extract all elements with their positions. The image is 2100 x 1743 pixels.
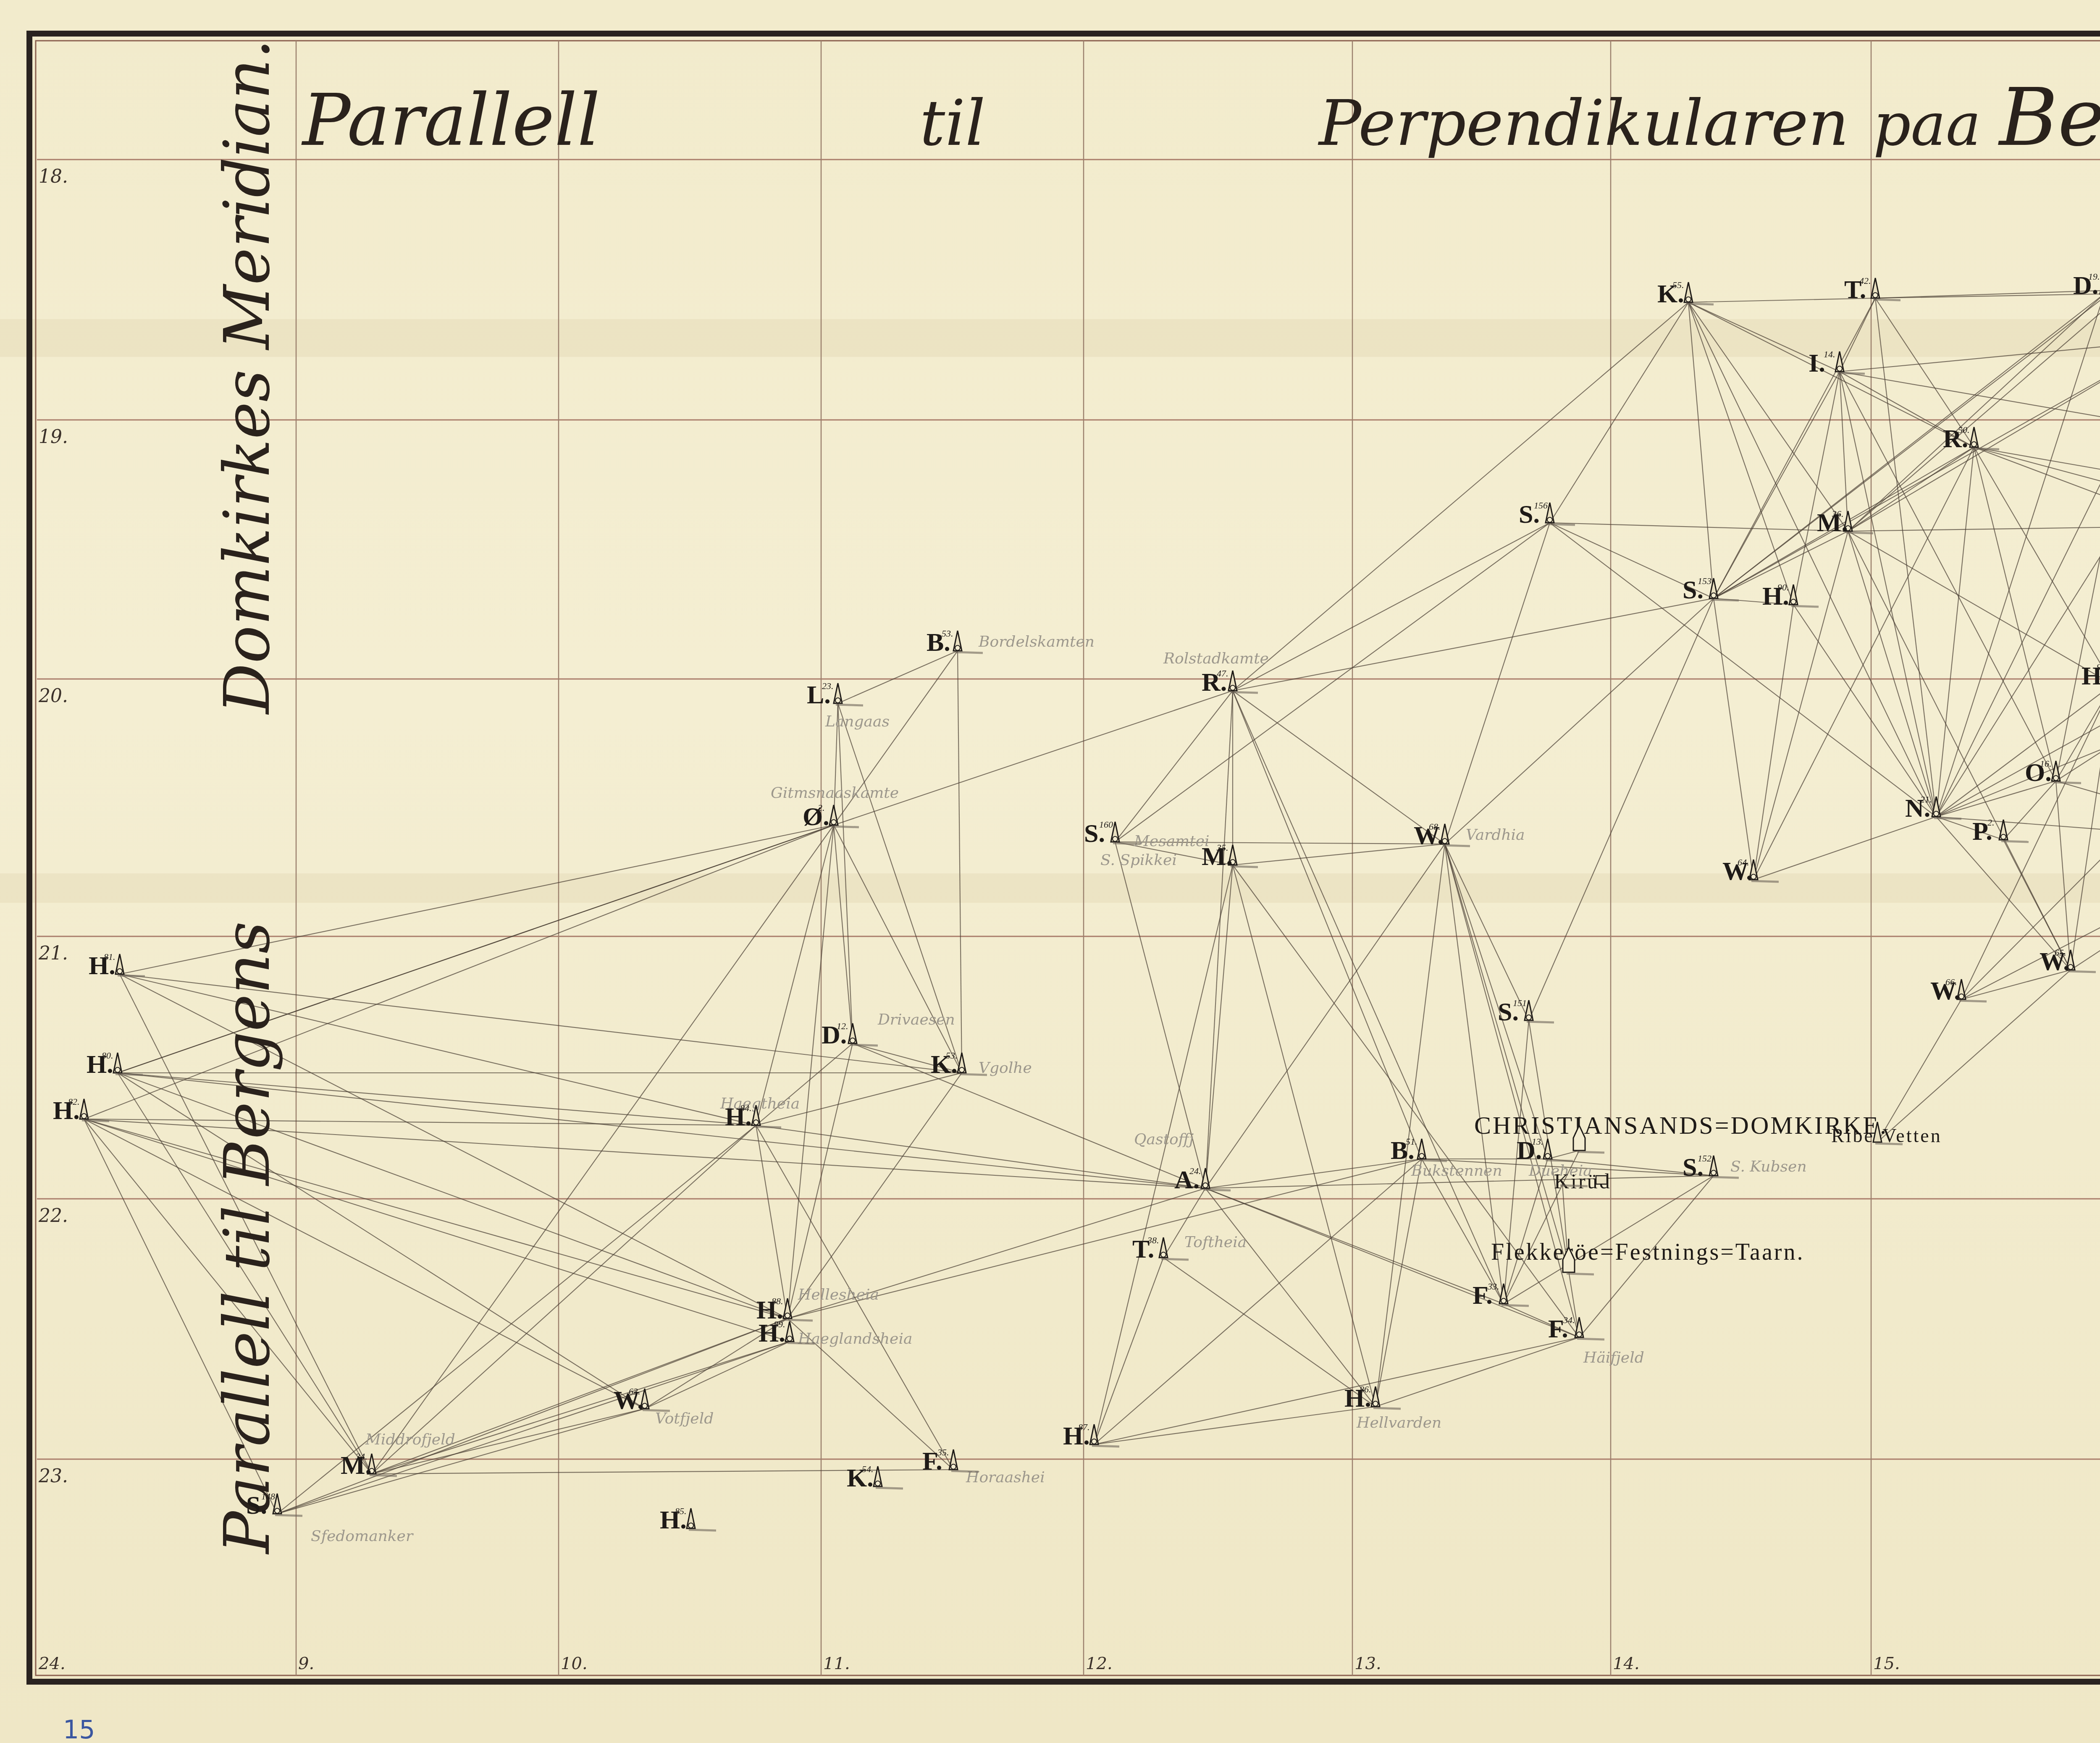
sight-line <box>1445 844 1569 1272</box>
shadow-stroke <box>82 1120 109 1121</box>
pencil-place-name: Hellesheia <box>798 1286 879 1303</box>
pencil-place-name: Sfedomanker <box>311 1528 414 1545</box>
shadow-stroke <box>2001 841 2029 842</box>
station-point-icon <box>1161 1252 1166 1257</box>
triangulation-map: 18.19.20.21.22.23.9.10.11.12.13.14.15.16… <box>0 0 2100 1743</box>
station-T38[interactable]: T.38. <box>1132 1235 1189 1263</box>
sight-line <box>756 825 834 1125</box>
side-title-word: Parallell til Bergens <box>211 921 284 1555</box>
pencil-place-name: Bordelskamten <box>978 633 1095 650</box>
sight-line <box>1233 523 1550 691</box>
shadow-stroke <box>1875 1143 1903 1144</box>
sight-line <box>84 1119 790 1342</box>
sight-line <box>1233 302 1688 691</box>
station-point-icon <box>1092 1439 1097 1444</box>
station-point-icon <box>1577 1332 1582 1337</box>
paper-fold-middle <box>0 873 2100 903</box>
station-number: 81. <box>104 951 115 962</box>
station-B51[interactable]: B.51. <box>1391 1136 1447 1165</box>
sight-line <box>1974 447 2100 684</box>
grid-row-label: 19. <box>39 426 68 448</box>
shadow-stroke <box>876 1488 903 1489</box>
station-point-icon <box>850 1038 855 1043</box>
pencil-place-name: Gitmsnaaskamte <box>771 784 899 802</box>
sight-line <box>1529 598 1714 1020</box>
shadow-stroke <box>1113 843 1140 844</box>
station-H90[interactable]: H.90. <box>1762 582 1819 611</box>
shadow-stroke <box>1686 304 1714 304</box>
station-point-icon <box>1545 1153 1550 1159</box>
title-word: til <box>920 87 985 160</box>
title-word: paa <box>1873 91 1981 159</box>
sight-line <box>1936 817 2100 842</box>
station-point-icon <box>81 1114 87 1119</box>
sight-line <box>1094 1407 1375 1444</box>
station-L23[interactable]: L.23. <box>807 681 863 709</box>
house-icon <box>1596 1176 1607 1184</box>
station-W64[interactable]: W.64. <box>1722 857 1779 886</box>
station-point-icon <box>955 645 960 650</box>
sight-line <box>1375 1337 1579 1407</box>
station-number: 151. <box>1513 998 1529 1008</box>
sight-line <box>1094 1337 1579 1444</box>
station-D12[interactable]: D.12. <box>822 1021 878 1049</box>
place-label-christiansand: CHRISTIANSANDS=DOMKIRKE. <box>1474 1111 1888 1139</box>
station-D19[interactable]: D.19. <box>2073 271 2100 300</box>
station-point-icon <box>875 1481 880 1486</box>
pencil-place-name: Häifjeld <box>1583 1349 1644 1366</box>
station-number: 14. <box>1824 349 1835 359</box>
sight-line <box>1974 447 2100 617</box>
shadow-stroke <box>1837 373 1865 374</box>
station-M35[interactable]: M.35. <box>1202 842 1258 871</box>
station-number: 54. <box>862 1464 874 1474</box>
shadow-stroke <box>370 1475 397 1476</box>
station-H81[interactable]: H.81. <box>89 951 145 980</box>
shadow-stroke <box>1092 1446 1119 1447</box>
station-number: 38. <box>1147 1235 1159 1245</box>
station-number: 34. <box>1563 1315 1575 1325</box>
station-T42[interactable]: T.42. <box>1844 275 1900 304</box>
station-point-icon <box>688 1523 693 1528</box>
sight-line <box>1714 372 1840 598</box>
station-number: 84. <box>740 1103 752 1113</box>
sight-line <box>834 691 1233 825</box>
grid-col-label: 11. <box>823 1654 850 1673</box>
grid-col-label: 9. <box>298 1654 314 1673</box>
station-N21[interactable]: N.21. <box>1905 794 1961 823</box>
pencil-place-name: Middrofjeld <box>365 1431 455 1448</box>
sight-line <box>1936 684 2100 817</box>
shadow-stroke <box>2068 971 2096 972</box>
sight-line <box>277 1342 790 1514</box>
shadow-stroke <box>115 1074 143 1075</box>
sight-line <box>1936 430 2100 817</box>
grid-col-label: 10. <box>561 1654 588 1673</box>
station-H91[interactable]: H.91. <box>2082 662 2100 690</box>
grid-row-label: 18. <box>39 166 68 187</box>
station-point-icon <box>117 969 122 974</box>
sight-line <box>1375 1159 1422 1407</box>
station-W65[interactable]: W.65. <box>2040 947 2096 976</box>
sight-line <box>1094 1258 1163 1444</box>
shadow-stroke <box>1373 1408 1401 1409</box>
station-number: 63. <box>629 1386 640 1397</box>
station-A24[interactable]: A.24. <box>1174 1166 1231 1194</box>
station-number: 89. <box>774 1319 785 1329</box>
shadow-stroke <box>1548 524 1575 525</box>
sight-line <box>1714 195 2100 598</box>
map-title: ParallelltilPerpendikularenpaaBergensMer… <box>211 39 2100 1555</box>
grid-row-label: 23. <box>38 1465 68 1487</box>
sight-line <box>1936 294 2100 817</box>
station-number: 53. <box>942 628 953 639</box>
sight-line <box>1840 372 1848 531</box>
shadow-stroke <box>1546 1160 1573 1161</box>
shadow-stroke <box>1934 818 1961 819</box>
sight-line <box>1974 447 2100 523</box>
sight-line <box>372 1318 787 1474</box>
shadow-stroke <box>1873 299 1900 300</box>
sight-line <box>84 825 834 1119</box>
station-number: 36. <box>1832 508 1844 519</box>
station-number: 152. <box>1698 1153 1714 1164</box>
station-point-icon <box>951 1464 956 1469</box>
station-D13[interactable]: D.13. <box>1517 1136 1573 1165</box>
pencil-place-name: Toftheia <box>1184 1234 1247 1251</box>
pencil-place-name: Qastoffj <box>1134 1131 1194 1148</box>
pencil-place-name: S. Spikkei <box>1100 852 1177 869</box>
shadow-stroke <box>1567 1274 1594 1274</box>
shadow-stroke <box>850 1045 878 1046</box>
station-point-icon <box>1873 293 1878 298</box>
pencil-place-name: Votfjeld <box>655 1410 714 1427</box>
station-point-icon <box>1791 599 1796 604</box>
sight-line <box>2003 781 2056 840</box>
station-number: 2. <box>1987 817 1995 828</box>
pencil-place-name: Hellvarden <box>1356 1414 1441 1431</box>
station-number: 23. <box>822 681 834 691</box>
station-H85[interactable]: H.85. <box>660 1506 716 1534</box>
shadow-stroke <box>785 1320 813 1321</box>
station-number: 21. <box>1920 794 1932 805</box>
station-point-icon <box>1230 685 1235 690</box>
station-H80[interactable]: H.80. <box>87 1050 143 1079</box>
station-number: 68. <box>1429 821 1441 832</box>
station-number: 148. <box>261 1491 278 1502</box>
station-point-icon <box>1837 366 1842 371</box>
station-F33[interactable]: F.33. <box>1473 1281 1529 1310</box>
station-O16[interactable]: O.16. <box>2025 758 2081 787</box>
station-S160[interactable]: S.160. <box>1084 819 1140 848</box>
sight-line <box>1445 844 1529 1020</box>
station-number: 80. <box>102 1050 113 1061</box>
pencil-place-name: Langaas <box>825 713 890 730</box>
shadow-stroke <box>754 1127 781 1127</box>
pencil-place-name: Vardhia <box>1466 826 1525 844</box>
sight-line <box>787 1159 1422 1318</box>
station-point-icon <box>787 1336 792 1341</box>
station-number: 35. <box>1216 842 1228 853</box>
place-label-flekkeroe: Flekkeröe=Festnings=Taarn. <box>1491 1239 1804 1265</box>
shadow-stroke <box>2054 782 2081 783</box>
shadow-stroke <box>1711 1177 1739 1178</box>
side-title-word: Domkirkes Meridian. <box>211 39 284 715</box>
sight-line <box>277 1409 645 1514</box>
sight-line <box>645 1342 790 1409</box>
station-number: 85. <box>675 1506 687 1516</box>
station-number: 35. <box>937 1447 949 1457</box>
sight-line <box>1714 340 2100 598</box>
sight-line <box>1848 523 2100 531</box>
sight-line <box>84 1119 787 1318</box>
sight-line <box>2056 781 2100 842</box>
station-W63[interactable]: W.63. <box>614 1386 670 1415</box>
shadow-stroke <box>832 826 859 827</box>
shadow-stroke <box>1420 1160 1447 1161</box>
shadow-stroke <box>960 1074 987 1075</box>
station-number: 13. <box>1532 1136 1543 1147</box>
grid-row-label: 20. <box>38 685 68 707</box>
title-word: Parallell <box>301 79 600 162</box>
sight-line <box>1974 447 2056 781</box>
sight-line <box>1848 531 2100 684</box>
shadow-stroke <box>1751 881 1779 882</box>
station-point-icon <box>753 1120 759 1125</box>
station-point-icon <box>1526 1015 1531 1020</box>
station-point-icon <box>1934 811 1939 816</box>
station-point-icon <box>1711 1170 1716 1175</box>
station-number: 47. <box>1217 668 1228 679</box>
station-number: 82. <box>68 1096 80 1107</box>
shadow-stroke <box>1711 600 1739 600</box>
shadow-stroke <box>1577 1339 1604 1339</box>
shadow-stroke <box>1231 866 1258 867</box>
station-point-icon <box>2001 834 2006 839</box>
sight-line <box>1848 447 1974 531</box>
station-point-icon <box>831 820 836 825</box>
sight-line <box>84 1119 645 1409</box>
sight-line <box>1445 844 1504 1304</box>
shadow-stroke <box>1791 606 1819 607</box>
sight-line <box>838 651 958 703</box>
grid-row-label: 22. <box>38 1205 68 1227</box>
station-letter: Ø. <box>803 802 829 831</box>
station-number: 153. <box>1698 576 1714 586</box>
station-letter: I. <box>1809 349 1825 377</box>
pencil-place-name: Mesamtei <box>1134 833 1210 850</box>
shadow-stroke <box>955 652 983 653</box>
station-point-icon <box>1971 442 1977 447</box>
sight-line <box>1550 523 1848 531</box>
grid-corner-label: 24. <box>38 1654 66 1673</box>
station-number: 86. <box>1360 1384 1371 1394</box>
station-number: 87. <box>1078 1422 1090 1432</box>
station-point-icon <box>1501 1298 1506 1303</box>
sight-line <box>1753 605 1793 880</box>
shadow-stroke <box>1846 532 1873 533</box>
shadow-stroke <box>1231 692 1258 693</box>
sight-line <box>1233 844 1445 865</box>
station-H87[interactable]: H.87. <box>1063 1422 1119 1450</box>
grid-col-label: 14. <box>1613 1654 1640 1673</box>
shadow-stroke <box>118 975 145 976</box>
shadow-stroke <box>1972 448 1999 449</box>
sight-line <box>1233 865 1375 1407</box>
station-number: 160. <box>1099 819 1116 830</box>
station-number: 91. <box>2097 662 2100 672</box>
station-point-icon <box>1711 593 1716 598</box>
station-H86[interactable]: H.86. <box>1344 1384 1401 1413</box>
station-point-icon <box>785 1313 790 1318</box>
station-W68[interactable]: W.68. <box>1414 821 1470 850</box>
shadow-stroke <box>787 1343 815 1344</box>
station-K54b[interactable]: K.54. <box>847 1464 903 1492</box>
station-number: 156. <box>1534 500 1550 511</box>
sight-line <box>1961 842 2100 999</box>
sight-line <box>1714 598 1753 880</box>
station-number: 42. <box>1859 275 1871 286</box>
map-sheet: 18.19.20.21.22.23.9.10.11.12.13.14.15.16… <box>0 0 2100 1743</box>
sight-line <box>84 1119 756 1125</box>
station-point-icon <box>1373 1401 1378 1406</box>
station-number: 34. <box>355 1451 367 1462</box>
sight-line <box>1163 1258 1375 1407</box>
title-word: Bergens <box>1998 71 2100 164</box>
station-number: 90. <box>1777 582 1789 592</box>
station-point-icon <box>959 1067 964 1072</box>
sight-line <box>1848 531 2071 970</box>
station-point-icon <box>1203 1183 1208 1188</box>
shadow-stroke <box>1443 845 1470 846</box>
title-word: Perpendikularen <box>1318 87 1849 160</box>
sight-line <box>1848 531 1936 817</box>
station-number: 50. <box>1958 425 1970 435</box>
station-number: 2. <box>818 802 825 813</box>
shadow-stroke <box>951 1471 979 1472</box>
sight-line <box>834 825 853 1043</box>
sight-line <box>756 1125 787 1318</box>
sight-line <box>958 651 962 1073</box>
sight-line <box>1115 691 1233 842</box>
station-number: 55. <box>1672 280 1684 290</box>
triangulation-lines <box>84 187 2100 1514</box>
sight-line <box>1205 865 1233 1188</box>
trig-stations: R.48.R.49.H.92.K.55.T.42.D.19.H.94.S.155… <box>53 164 2100 1534</box>
station-point-icon <box>115 1067 120 1072</box>
station-number: 12. <box>837 1021 848 1031</box>
shadow-stroke <box>1203 1190 1231 1190</box>
pencil-place-name: Rolstadkamte <box>1163 650 1269 667</box>
station-point-icon <box>835 698 840 703</box>
sight-line <box>1688 302 1936 817</box>
grid-col-label: 15. <box>1873 1654 1900 1673</box>
sight-line <box>1115 523 1550 842</box>
grid-col-label: 12. <box>1086 1654 1113 1673</box>
shadow-stroke <box>1161 1259 1189 1260</box>
grid-col-label: 13. <box>1354 1654 1381 1673</box>
sight-line <box>1550 523 1936 817</box>
shadow-stroke <box>1577 1152 1604 1153</box>
station-number: 24. <box>1189 1166 1201 1176</box>
sight-line <box>1233 691 1504 1304</box>
sight-line <box>1233 598 1714 691</box>
station-S151[interactable]: S.151. <box>1498 998 1554 1026</box>
station-point-icon <box>1113 836 1118 841</box>
sight-line <box>372 825 834 1474</box>
shadow-stroke <box>1501 1305 1529 1306</box>
pencil-place-name: S. Kubsen <box>1730 1158 1807 1175</box>
station-number: 16. <box>2040 758 2052 769</box>
station-number: 53. <box>946 1050 958 1061</box>
shadow-stroke <box>836 705 863 705</box>
sight-line <box>1877 999 1961 1142</box>
station-point-icon <box>275 1508 280 1513</box>
sight-line <box>1548 1151 1579 1159</box>
shadow-stroke <box>275 1515 302 1516</box>
sight-line <box>2071 842 2100 970</box>
station-number: 51. <box>1406 1136 1417 1147</box>
pencil-place-name: Bukstennen <box>1411 1162 1502 1179</box>
shadow-stroke <box>1959 1001 1987 1001</box>
archive-mark: 15 <box>63 1715 95 1743</box>
sight-line <box>1233 691 1445 844</box>
station-F35[interactable]: F.35. <box>922 1447 979 1476</box>
station-H82[interactable]: H.82. <box>53 1096 109 1125</box>
station-number: 19. <box>2088 271 2100 282</box>
place-labels: CHRISTIANSANDS=DOMKIRKE.KirüdFlekkeröe=F… <box>1474 308 2100 1265</box>
shadow-stroke <box>1560 1185 1588 1186</box>
station-number: 33. <box>1487 1281 1499 1292</box>
pencil-place-name: Drivaesen <box>877 1011 955 1028</box>
station-number: 64. <box>1738 857 1749 868</box>
sight-line <box>1936 447 1974 817</box>
station-number: 65. <box>2055 947 2066 958</box>
shadow-stroke <box>1527 1022 1554 1022</box>
station-point-icon <box>1686 297 1691 302</box>
pencil-annotations: BordelskamtenLangaasGitmsnaaskamteRolsta… <box>311 633 1807 1545</box>
pencil-place-name: Haeglandsheia <box>798 1330 912 1347</box>
sight-line <box>1094 865 1233 1444</box>
station-point-icon <box>1419 1153 1424 1159</box>
station-point-icon <box>2053 776 2058 781</box>
station-number: 66. <box>1945 977 1957 987</box>
grid-row-label: 21. <box>38 943 68 964</box>
station-point-icon <box>1547 517 1552 522</box>
shadow-stroke <box>689 1530 716 1531</box>
station-K55[interactable]: K.55. <box>1657 280 1714 308</box>
station-number: 88. <box>772 1296 783 1306</box>
shadow-stroke <box>643 1410 670 1411</box>
sight-line <box>1233 691 1422 1159</box>
station-M34[interactable]: M.34. <box>341 1451 397 1480</box>
sight-line <box>372 1342 790 1474</box>
